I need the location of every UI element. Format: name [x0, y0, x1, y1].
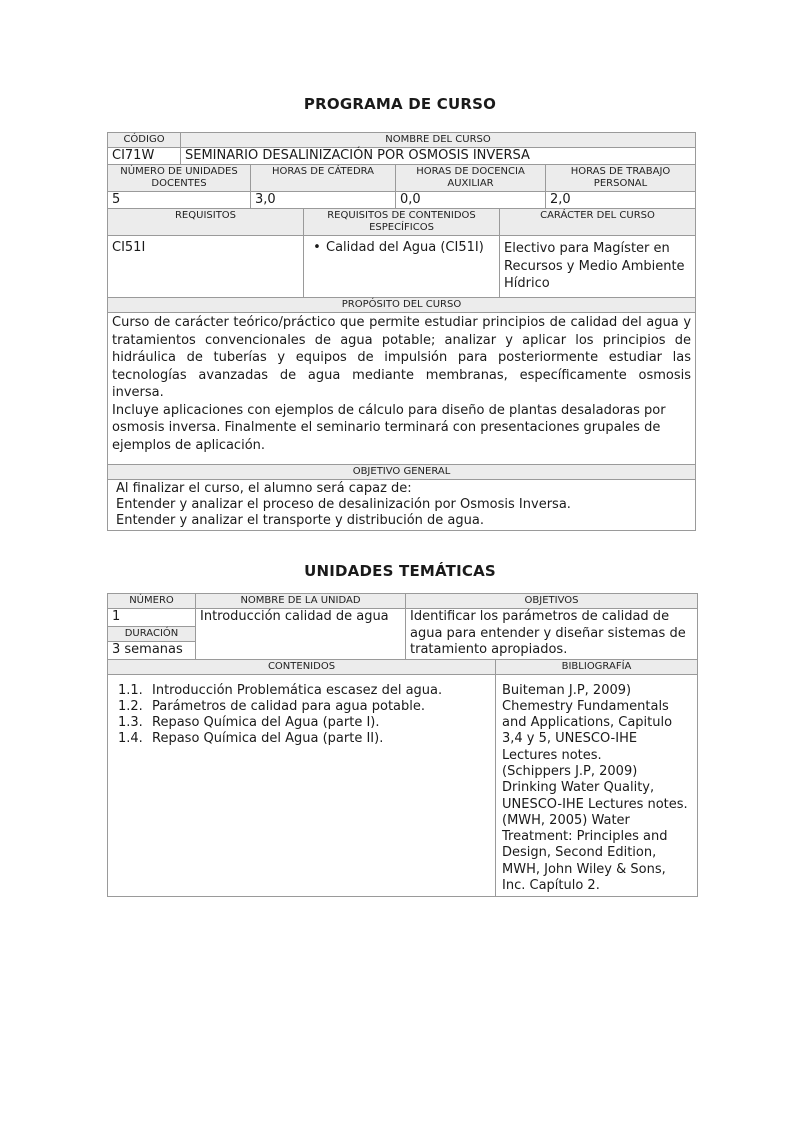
course-code: CI71W: [108, 148, 181, 165]
units-value: 5: [108, 192, 251, 209]
aux-hours-value: 0,0: [396, 192, 546, 209]
section-title-units: UNIDADES TEMÁTICAS: [0, 562, 800, 580]
objective-item: Entender y analizar el transporte y dist…: [116, 513, 691, 529]
content-item-number: 1.2.: [118, 699, 152, 715]
specific-requirements-header: REQUISITOS DE CONTENIDOS ESPECÍFICOS: [304, 209, 500, 236]
duration-value: 3 semanas: [108, 641, 196, 659]
unit-objectives: Identificar los parámetros de calidad de…: [406, 609, 698, 660]
purpose-paragraph-2: Incluye aplicaciones con ejemplos de cál…: [112, 402, 691, 455]
content-item-text: Parámetros de calidad para agua potable.: [152, 699, 425, 715]
lecture-hours-header: HORAS DE CÁTEDRA: [251, 165, 396, 192]
content-item-text: Introducción Problemática escasez del ag…: [152, 683, 442, 699]
objectives-header: OBJETIVOS: [406, 594, 698, 609]
requirements-header: REQUISITOS: [108, 209, 304, 236]
requirements-value: CI51I: [108, 236, 304, 298]
units-header: NÚMERO DE UNIDADES DOCENTES: [108, 165, 251, 192]
course-name: SEMINARIO DESALINIZACIÓN POR OSMOSIS INV…: [181, 148, 696, 165]
bibliography-item: (Schippers J.P, 2009) Drinking Water Qua…: [502, 764, 693, 813]
contents-header: CONTENIDOS: [108, 659, 496, 674]
content-item-number: 1.1.: [118, 683, 152, 699]
duration-header: DURACIÓN: [108, 626, 196, 641]
unit-name: Introducción calidad de agua: [196, 609, 406, 660]
bullet-icon: •: [308, 240, 326, 256]
unit-number-header: NÚMERO: [108, 594, 196, 609]
aux-hours-header: HORAS DE DOCENCIA AUXILIAR: [396, 165, 546, 192]
character-header: CARÁCTER DEL CURSO: [500, 209, 696, 236]
page-title: PROGRAMA DE CURSO: [0, 95, 800, 113]
content-item: 1.1.Introducción Problemática escasez de…: [118, 683, 491, 699]
code-header: CÓDIGO: [108, 133, 181, 148]
course-info-table: CÓDIGO NOMBRE DEL CURSO CI71W SEMINARIO …: [107, 132, 696, 531]
contents-list-cell: 1.1.Introducción Problemática escasez de…: [108, 674, 496, 897]
objective-item: Entender y analizar el proceso de desali…: [116, 497, 691, 513]
content-item: 1.2.Parámetros de calidad para agua pota…: [118, 699, 491, 715]
thematic-unit-table: NÚMERO NOMBRE DE LA UNIDAD OBJETIVOS 1 I…: [107, 593, 698, 897]
bibliography-item: (MWH, 2005) Water Treatment: Principles …: [502, 813, 693, 894]
bibliography-cell: Buiteman J.P, 2009) Chemestry Fundamenta…: [496, 674, 698, 897]
purpose-header: PROPÓSITO DEL CURSO: [108, 298, 696, 313]
lecture-hours-value: 3,0: [251, 192, 396, 209]
bibliography-item: Buiteman J.P, 2009) Chemestry Fundamenta…: [502, 683, 693, 764]
purpose-paragraph-1: Curso de carácter teórico/práctico que p…: [112, 314, 691, 402]
contents-list: 1.1.Introducción Problemática escasez de…: [118, 683, 491, 748]
general-objective-text: Al finalizar el curso, el alumno será ca…: [108, 480, 696, 531]
unit-name-header: NOMBRE DE LA UNIDAD: [196, 594, 406, 609]
general-objective-header: OBJETIVO GENERAL: [108, 465, 696, 480]
personal-hours-value: 2,0: [546, 192, 696, 209]
specific-requirement-item: Calidad del Agua (CI51I): [326, 240, 484, 255]
content-item-number: 1.4.: [118, 731, 152, 747]
character-value: Electivo para Magíster en Recursos y Med…: [500, 236, 696, 298]
content-item: 1.4.Repaso Química del Agua (parte II).: [118, 731, 491, 747]
unit-number: 1: [108, 609, 196, 627]
personal-hours-header: HORAS DE TRABAJO PERSONAL: [546, 165, 696, 192]
specific-requirements-value: •Calidad del Agua (CI51I): [304, 236, 500, 298]
content-item-text: Repaso Química del Agua (parte II).: [152, 731, 383, 747]
content-item-text: Repaso Química del Agua (parte I).: [152, 715, 380, 731]
purpose-text: Curso de carácter teórico/práctico que p…: [108, 313, 696, 465]
bibliography-header: BIBLIOGRAFÍA: [496, 659, 698, 674]
content-item: 1.3.Repaso Química del Agua (parte I).: [118, 715, 491, 731]
objective-intro: Al finalizar el curso, el alumno será ca…: [116, 481, 691, 497]
course-name-header: NOMBRE DEL CURSO: [181, 133, 696, 148]
content-item-number: 1.3.: [118, 715, 152, 731]
